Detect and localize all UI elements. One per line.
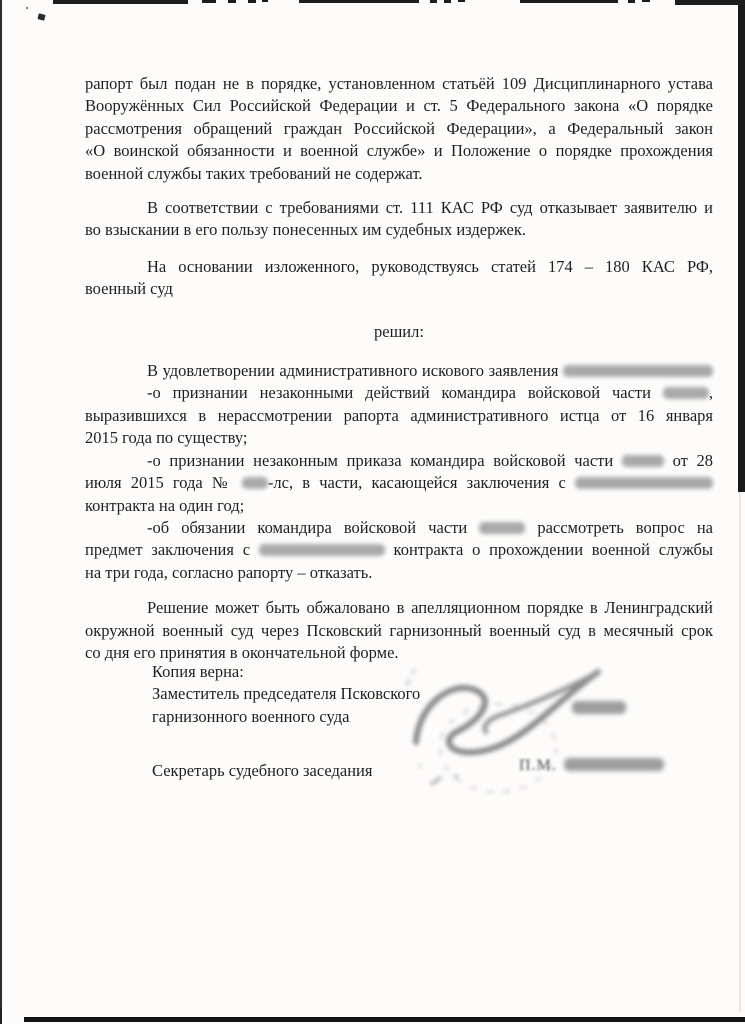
scan-border-bottom <box>24 1017 745 1022</box>
redacted-text <box>479 522 525 534</box>
document-line: рассмотрения обращений граждан Российско… <box>85 118 713 140</box>
document-body: рапорт был подан не в порядке, установле… <box>85 73 713 664</box>
document-line: во взыскании в его пользу понесенных им … <box>85 219 713 241</box>
document-line: предмет заключения с контракта о прохожд… <box>85 539 713 561</box>
document-line: военной службы таких требований не содер… <box>85 163 713 185</box>
scan-speck-small <box>26 7 28 9</box>
document-line: В удовлетворении административного исков… <box>85 360 713 382</box>
scan-border-right <box>738 0 745 492</box>
document-line: Вооружённых Сил Российской Федерации и с… <box>85 95 713 117</box>
document-line: -о признании незаконным приказа командир… <box>85 450 713 472</box>
document-line: Решение может быть обжаловано в апелляци… <box>85 597 713 619</box>
redacted-text <box>622 455 664 467</box>
official-name-redacted <box>572 701 626 714</box>
copy-certified-label: Копия верна: <box>152 661 712 683</box>
scan-border-top-segment <box>444 0 451 3</box>
scan-border-top-segment <box>642 0 650 2</box>
scan-border-top-segment <box>520 0 618 3</box>
scan-border-top-segment <box>228 0 236 3</box>
document-line: окружной военный суд через Псковский гар… <box>85 620 713 642</box>
document-line: -о признании незаконными действий команд… <box>85 382 713 404</box>
document-line: -об обязании командира войсковой части р… <box>85 517 713 539</box>
secretary-initials: П.М. <box>519 757 557 774</box>
document-line: В соответствии с требованиями ст. 111 КА… <box>85 197 713 219</box>
document-line: 2015 года по существу; <box>85 427 713 449</box>
scan-border-top-segment <box>675 0 745 5</box>
scan-border-top-segment <box>262 0 268 2</box>
document-line: «О воинской обязанности и военной службе… <box>85 140 713 162</box>
scan-border-top-segment <box>53 0 188 4</box>
redacted-text <box>242 477 268 489</box>
redacted-text <box>663 387 709 399</box>
document-line: На основании изложенного, руководствуясь… <box>85 256 713 278</box>
scan-border-right-faint <box>739 492 741 1012</box>
redacted-text <box>563 365 713 377</box>
official-title-line1: Заместитель председателя Псковского <box>152 683 712 705</box>
scan-border-left <box>0 0 2 1024</box>
scan-border-corner <box>0 1008 2 1024</box>
document-line: выразившихся в нерассмотрении рапорта ад… <box>85 405 713 427</box>
scan-border-top-segment <box>430 0 437 3</box>
verdict-heading: решил: <box>85 321 713 343</box>
scan-border-top-segment <box>458 0 465 2</box>
secretary-name-redacted <box>564 758 664 771</box>
redacted-text <box>259 544 385 556</box>
document-line: июля 2015 года № -лс, в части, касающейс… <box>85 472 713 494</box>
official-title-line2: гарнизонного военного суда <box>152 706 712 728</box>
scan-border-top-segment <box>628 0 635 3</box>
scan-border-top-segment <box>299 0 419 3</box>
scan-border-top-segment <box>202 0 216 3</box>
scan-speck <box>37 13 45 21</box>
redacted-text <box>575 477 713 489</box>
document-line: военный суд <box>85 278 713 300</box>
document-line: рапорт был подан не в порядке, установле… <box>85 73 713 95</box>
secretary-signature-row: П.М. <box>519 757 664 775</box>
scanned-court-decision-page: рапорт был подан не в порядке, установле… <box>0 0 745 1024</box>
document-line: на три года, согласно рапорту – отказать… <box>85 562 713 584</box>
document-line: контракта на один год; <box>85 495 713 517</box>
scan-border-top-segment <box>248 0 256 3</box>
